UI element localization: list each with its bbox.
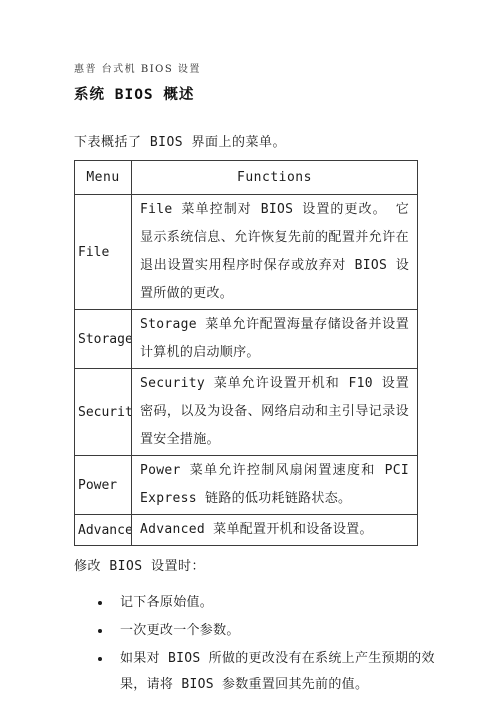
- breadcrumb: 惠普 台式机 BIOS 设置: [74, 60, 454, 75]
- bios-menu-table: Menu Functions File File 菜单控制对 BIOS 设置的更…: [74, 160, 418, 546]
- functions-cell: Advanced 菜单配置开机和设备设置。: [132, 515, 418, 546]
- list-item: 一次更改一个参数。: [74, 618, 454, 644]
- column-header-functions: Functions: [132, 161, 418, 195]
- functions-cell: Power 菜单允许控制风扇闲置速度和 PCI Express 链路的低功耗链路…: [132, 456, 418, 515]
- bullet-text: 记下各原始值。: [120, 595, 213, 610]
- menu-cell: Security: [75, 369, 132, 456]
- bullet-icon: [98, 657, 102, 661]
- functions-cell: Storage 菜单允许配置海量存储设备并设置计算机的启动顺序。: [132, 310, 418, 369]
- menu-cell: Advanced: [75, 515, 132, 546]
- table-header-row: Menu Functions: [75, 161, 418, 195]
- page-title: 系统 BIOS 概述: [74, 83, 454, 104]
- menu-cell: Power: [75, 456, 132, 515]
- menu-cell: File: [75, 195, 132, 310]
- table-row-power: Power Power 菜单允许控制风扇闲置速度和 PCI Express 链路…: [75, 456, 418, 515]
- bullet-list: 记下各原始值。 一次更改一个参数。 如果对 BIOS 所做的更改没有在系统上产生…: [74, 590, 454, 698]
- intro-paragraph: 下表概括了 BIOS 界面上的菜单。: [74, 131, 454, 150]
- table-row-advanced: Advanced Advanced 菜单配置开机和设备设置。: [75, 515, 418, 546]
- bullet-text: 如果对 BIOS 所做的更改没有在系统上产生预期的效果，请将 BIOS 参数重置…: [120, 651, 435, 692]
- list-item: 记下各原始值。: [74, 590, 454, 616]
- column-header-menu: Menu: [75, 161, 132, 195]
- functions-cell: Security 菜单允许设置开机和 F10 设置密码，以及为设备、网络启动和主…: [132, 369, 418, 456]
- list-item: 如果对 BIOS 所做的更改没有在系统上产生预期的效果，请将 BIOS 参数重置…: [74, 646, 454, 698]
- functions-cell: File 菜单控制对 BIOS 设置的更改。 它显示系统信息、允许恢复先前的配置…: [132, 195, 418, 310]
- menu-cell: Storage: [75, 310, 132, 369]
- document-page: 惠普 台式机 BIOS 设置 系统 BIOS 概述 下表概括了 BIOS 界面上…: [0, 0, 500, 708]
- table-row-security: Security Security 菜单允许设置开机和 F10 设置密码，以及为…: [75, 369, 418, 456]
- bullet-icon: [98, 601, 102, 605]
- table-row-storage: Storage Storage 菜单允许配置海量存储设备并设置计算机的启动顺序。: [75, 310, 418, 369]
- modify-heading: 修改 BIOS 设置时：: [74, 555, 454, 574]
- table-row-file: File File 菜单控制对 BIOS 设置的更改。 它显示系统信息、允许恢复…: [75, 195, 418, 310]
- bullet-text: 一次更改一个参数。: [120, 623, 240, 638]
- bullet-icon: [98, 629, 102, 633]
